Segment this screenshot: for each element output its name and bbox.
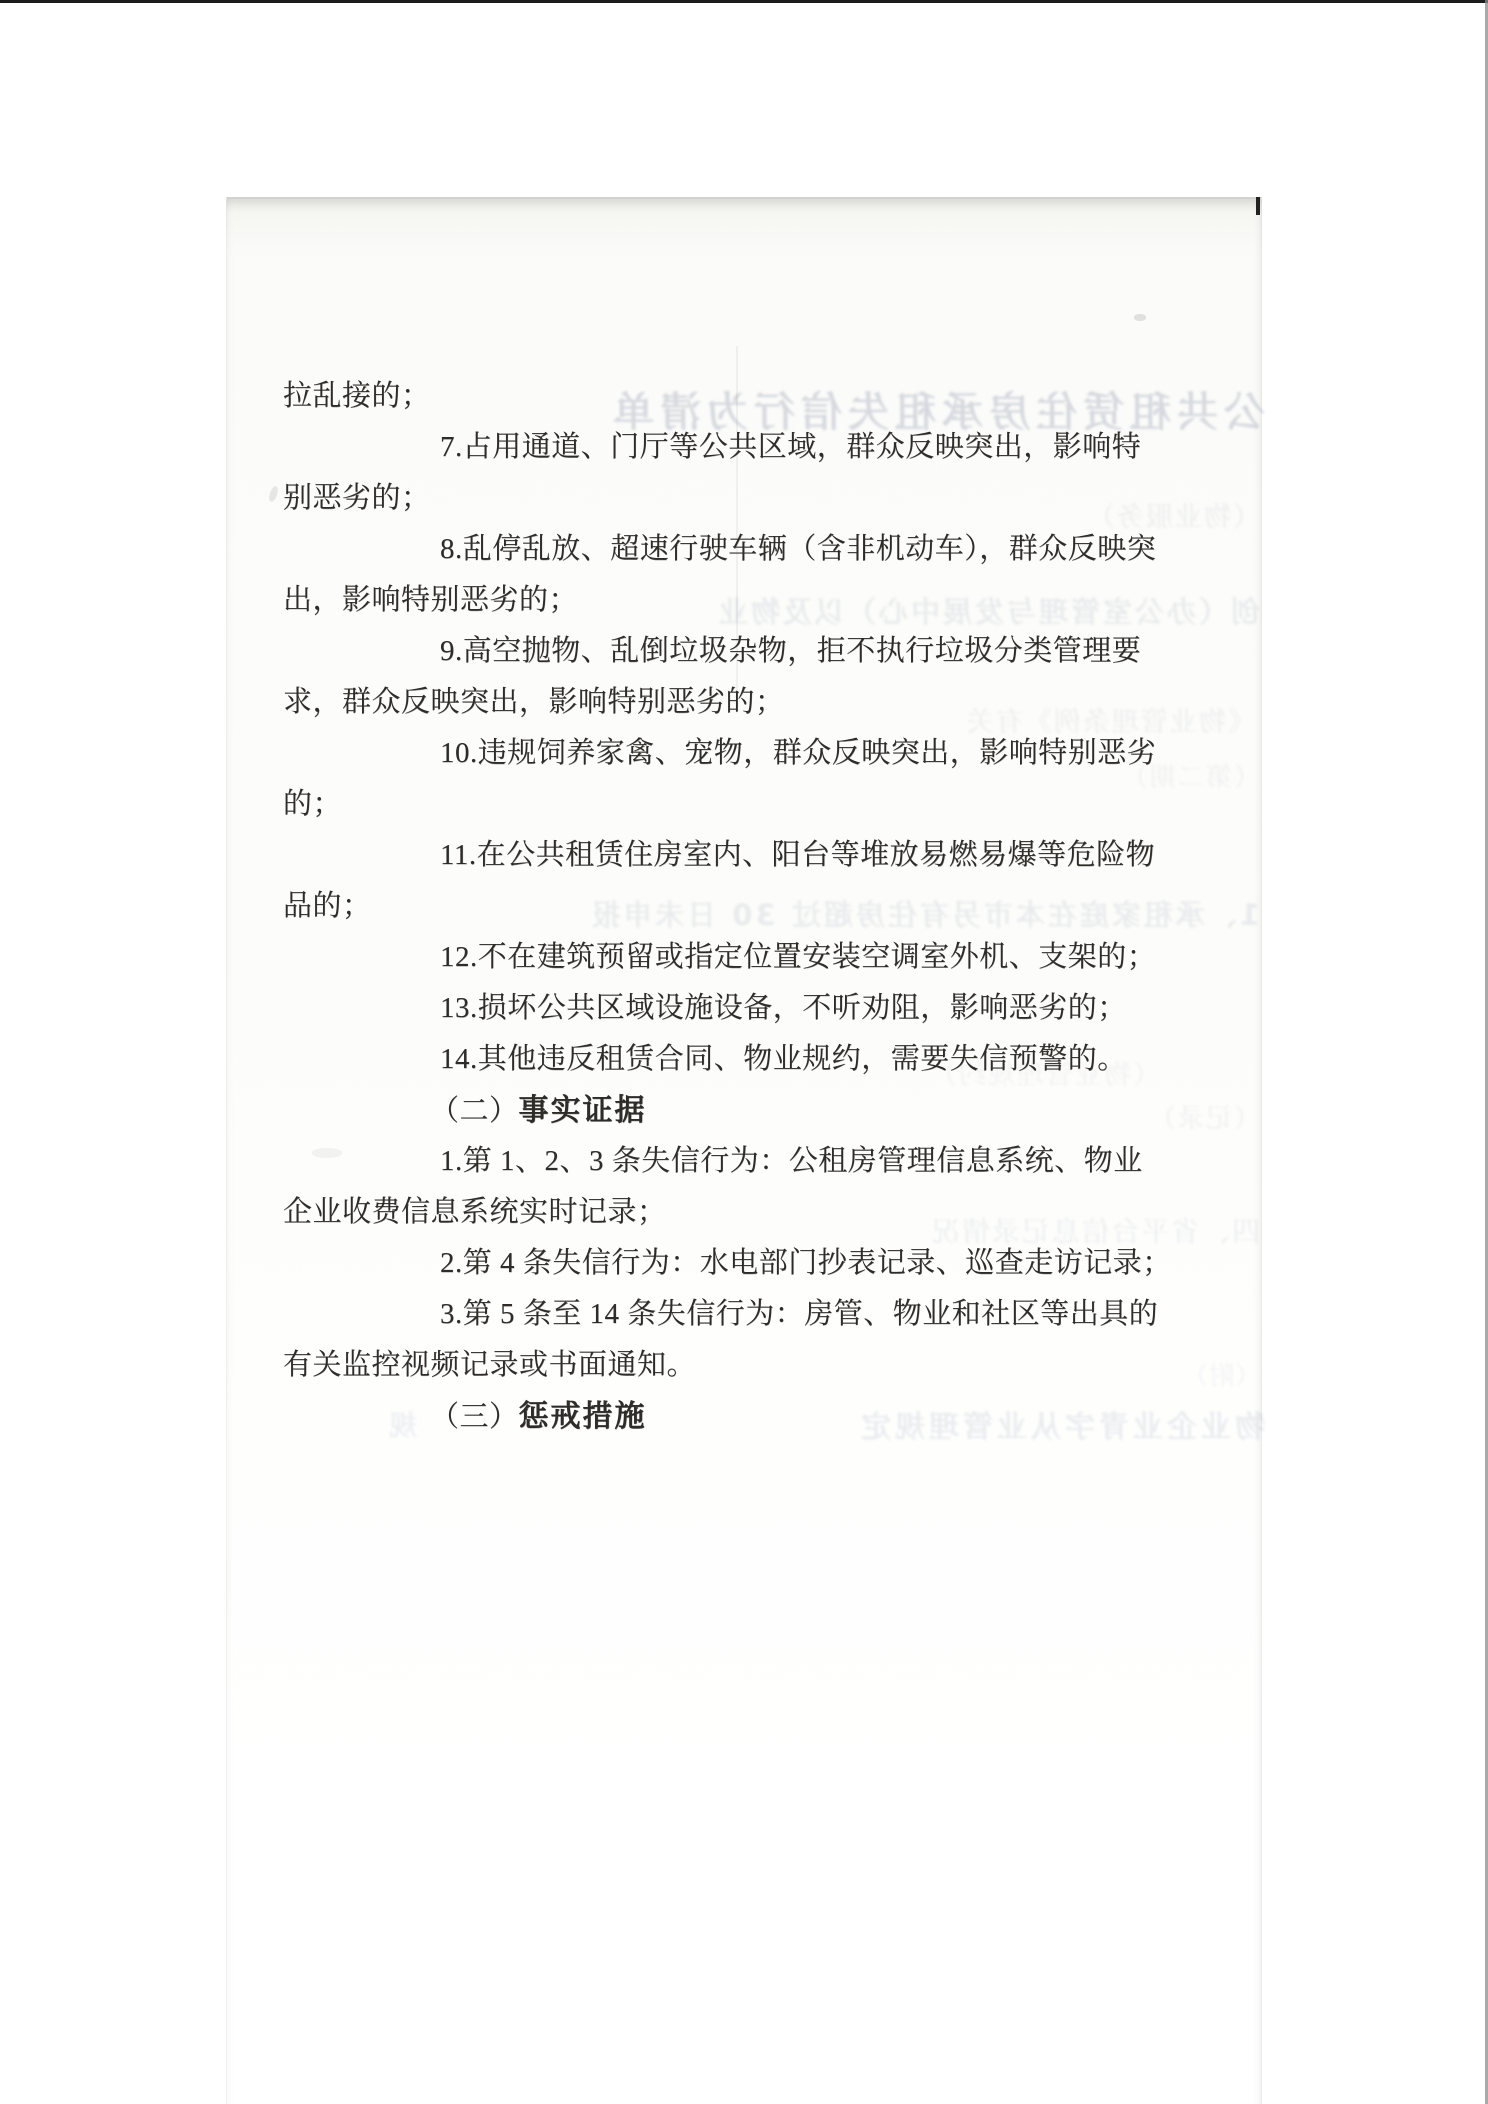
body-text: 11.在公共租赁住房室内、阳台等堆放易燃易爆等危险物 [440,839,1155,871]
text-line: 的； [283,779,1188,830]
body-text: 拉乱接的； [283,380,431,412]
body-text: 12.不在建筑预留或指定位置安装空调室外机、支架的； [440,941,1156,973]
scan-viewport: 公共租赁住房承租失信行为清单（物业服务）创（办公室管理与发展中心）以及物业《物业… [0,0,1488,2104]
text-line: 13.损坏公共区域设施设备，不听劝阻，影响恶劣的； [283,983,1188,1034]
body-text: 8.乱停乱放、超速行驶车辆（含非机动车），群众反映突 [440,533,1156,565]
text-line: 企业收费信息系统实时记录； [283,1187,1188,1238]
text-line: 9.高空抛物、乱倒垃圾杂物，拒不执行垃圾分类管理要 [283,626,1188,677]
text-line: 别恶劣的； [283,473,1188,524]
text-line: 7.占用通道、门厅等公共区域，群众反映突出，影响特 [283,422,1188,473]
body-text: （三） [430,1401,519,1433]
text-line: 3.第 5 条至 14 条失信行为：房管、物业和社区等出具的 [283,1289,1188,1340]
text-line: 1.第 1、2、3 条失信行为：公租房管理信息系统、物业 [283,1136,1188,1187]
body-text: 14.其他违反租赁合同、物业规约，需要失信预警的。 [440,1043,1127,1075]
body-text: 10.违规饲养家禽、宠物，群众反映突出，影响特别恶劣 [440,737,1156,769]
text-line: 8.乱停乱放、超速行驶车辆（含非机动车），群众反映突 [283,524,1188,575]
text-layer: 拉乱接的；7.占用通道、门厅等公共区域，群众反映突出，影响特别恶劣的；8.乱停乱… [283,371,1188,1442]
text-line: 11.在公共租赁住房室内、阳台等堆放易燃易爆等危险物 [283,830,1188,881]
text-line: 12.不在建筑预留或指定位置安装空调室外机、支架的； [283,932,1188,983]
body-text: 有关监控视频记录或书面通知。 [283,1349,696,1381]
body-text: 的； [283,788,342,820]
text-line: （二）事实证据 [283,1085,1188,1136]
body-text: 1.第 1、2、3 条失信行为：公租房管理信息系统、物业 [440,1145,1143,1177]
body-text: 企业收费信息系统实时记录； [283,1196,667,1228]
body-text: 2.第 4 条失信行为：水电部门抄表记录、巡查走访记录； [440,1247,1172,1279]
body-text: 品的； [283,890,372,922]
body-text: 13.损坏公共区域设施设备，不听劝阻，影响恶劣的； [440,992,1127,1024]
text-line: 品的； [283,881,1188,932]
text-line: 拉乱接的； [283,371,1188,422]
scanner-edge-top-artifact [0,0,1488,3]
body-text: （二） [430,1095,519,1127]
text-line: （三）惩戒措施 [283,1391,1188,1442]
text-line: 14.其他违反租赁合同、物业规约，需要失信预警的。 [283,1034,1188,1085]
body-text: 别恶劣的； [283,482,431,514]
text-line: 2.第 4 条失信行为：水电部门抄表记录、巡查走访记录； [283,1238,1188,1289]
body-text: 求，群众反映突出，影响特别恶劣的； [283,686,785,718]
body-text: 3.第 5 条至 14 条失信行为：房管、物业和社区等出具的 [440,1298,1158,1330]
paper-corner-mark [1256,197,1260,215]
text-line: 有关监控视频记录或书面通知。 [283,1340,1188,1391]
text-line: 求，群众反映突出，影响特别恶劣的； [283,677,1188,728]
text-line: 出，影响特别恶劣的； [283,575,1188,626]
text-line: 10.违规饲养家禽、宠物，群众反映突出，影响特别恶劣 [283,728,1188,779]
heading-text: 惩戒措施 [519,1399,647,1434]
heading-text: 事实证据 [519,1093,647,1128]
body-text: 9.高空抛物、乱倒垃圾杂物，拒不执行垃圾分类管理要 [440,635,1141,667]
body-text: 出，影响特别恶劣的； [283,584,578,616]
body-text: 7.占用通道、门厅等公共区域，群众反映突出，影响特 [440,431,1141,463]
scan-speck [1134,314,1146,321]
